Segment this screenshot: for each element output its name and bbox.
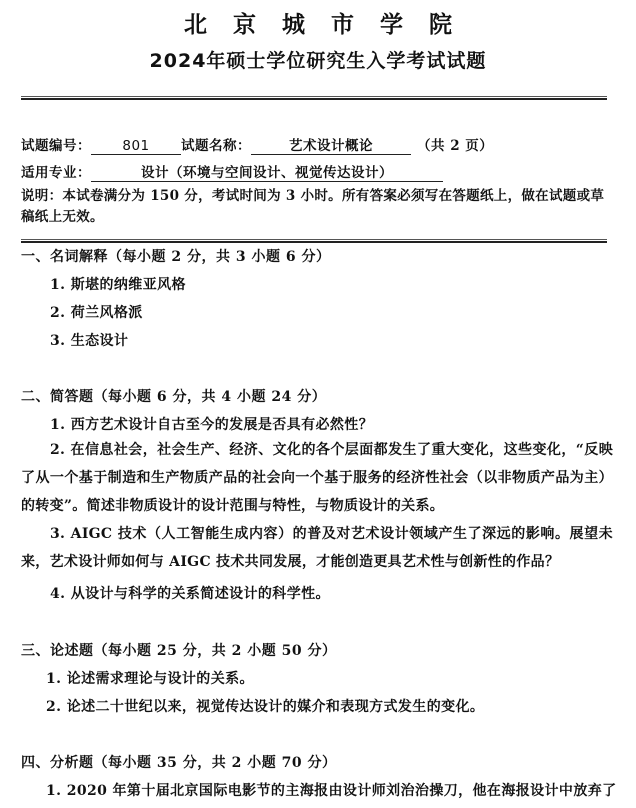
exam-code-label: 试题编号： xyxy=(21,138,91,154)
section-1-item-3: 3. 生态设计 xyxy=(50,330,128,350)
exam-code-value: 801 xyxy=(91,138,181,155)
section-2-item-3: 3. AIGC 技术（人工智能生成内容）的普及对艺术设计领域产生了深远的影响。展… xyxy=(21,520,613,576)
section-2-item-4: 4. 从设计与科学的关系简述设计的科学性。 xyxy=(50,583,330,603)
section-2-item-2: 2. 在信息社会，社会生产、经济、文化的各个层面都发生了重大变化，这些变化，“反… xyxy=(21,436,613,520)
instructions-divider xyxy=(21,239,607,244)
exam-meta-row-1: 试题编号：801试题名称：艺术设计概论（共 2 页） xyxy=(21,134,493,155)
section-2-item-1: 1. 西方艺术设计自古至今的发展是否具有必然性？ xyxy=(50,414,373,434)
section-3-heading: 三、论述题（每小题 25 分，共 2 小题 50 分） xyxy=(21,640,336,660)
exam-paper-page: 北京城市学院 2024年硕士学位研究生入学考试试题 试题编号：801试题名称：艺… xyxy=(0,0,636,808)
major-label: 适用专业： xyxy=(21,165,91,181)
section-3-item-1: 1. 论述需求理论与设计的关系。 xyxy=(46,668,254,688)
school-name: 北京城市学院 xyxy=(0,6,636,39)
section-3-item-2: 2. 论述二十世纪以来，视觉传达设计的媒介和表现方式发生的变化。 xyxy=(46,696,484,716)
exam-meta-row-2: 适用专业：设计（环境与空间设计、视觉传达设计） xyxy=(21,161,443,182)
section-2-heading: 二、简答题（每小题 6 分，共 4 小题 24 分） xyxy=(21,386,326,406)
section-1-item-1: 1. 斯堪的纳维亚风格 xyxy=(50,274,186,294)
exam-name-value: 艺术设计概论 xyxy=(251,138,411,155)
page-count-note: （共 2 页） xyxy=(417,138,493,154)
section-4-item-1: 1. 2020 年第十届北京国际电影节的主海报由设计师刘治治操刀，他在海报设计中… xyxy=(46,780,617,800)
section-1-item-2: 2. 荷兰风格派 xyxy=(50,302,143,322)
exam-instructions: 说明：本试卷满分为 150 分，考试时间为 3 小时。所有答案必须写在答题纸上，… xyxy=(21,186,613,228)
header-divider xyxy=(21,96,607,101)
section-4-heading: 四、分析题（每小题 35 分，共 2 小题 70 分） xyxy=(21,752,336,772)
exam-title: 2024年硕士学位研究生入学考试试题 xyxy=(0,46,636,73)
section-1-heading: 一、名词解释（每小题 2 分，共 3 小题 6 分） xyxy=(21,246,330,266)
major-value: 设计（环境与空间设计、视觉传达设计） xyxy=(91,165,443,182)
exam-name-label: 试题名称： xyxy=(181,138,251,154)
